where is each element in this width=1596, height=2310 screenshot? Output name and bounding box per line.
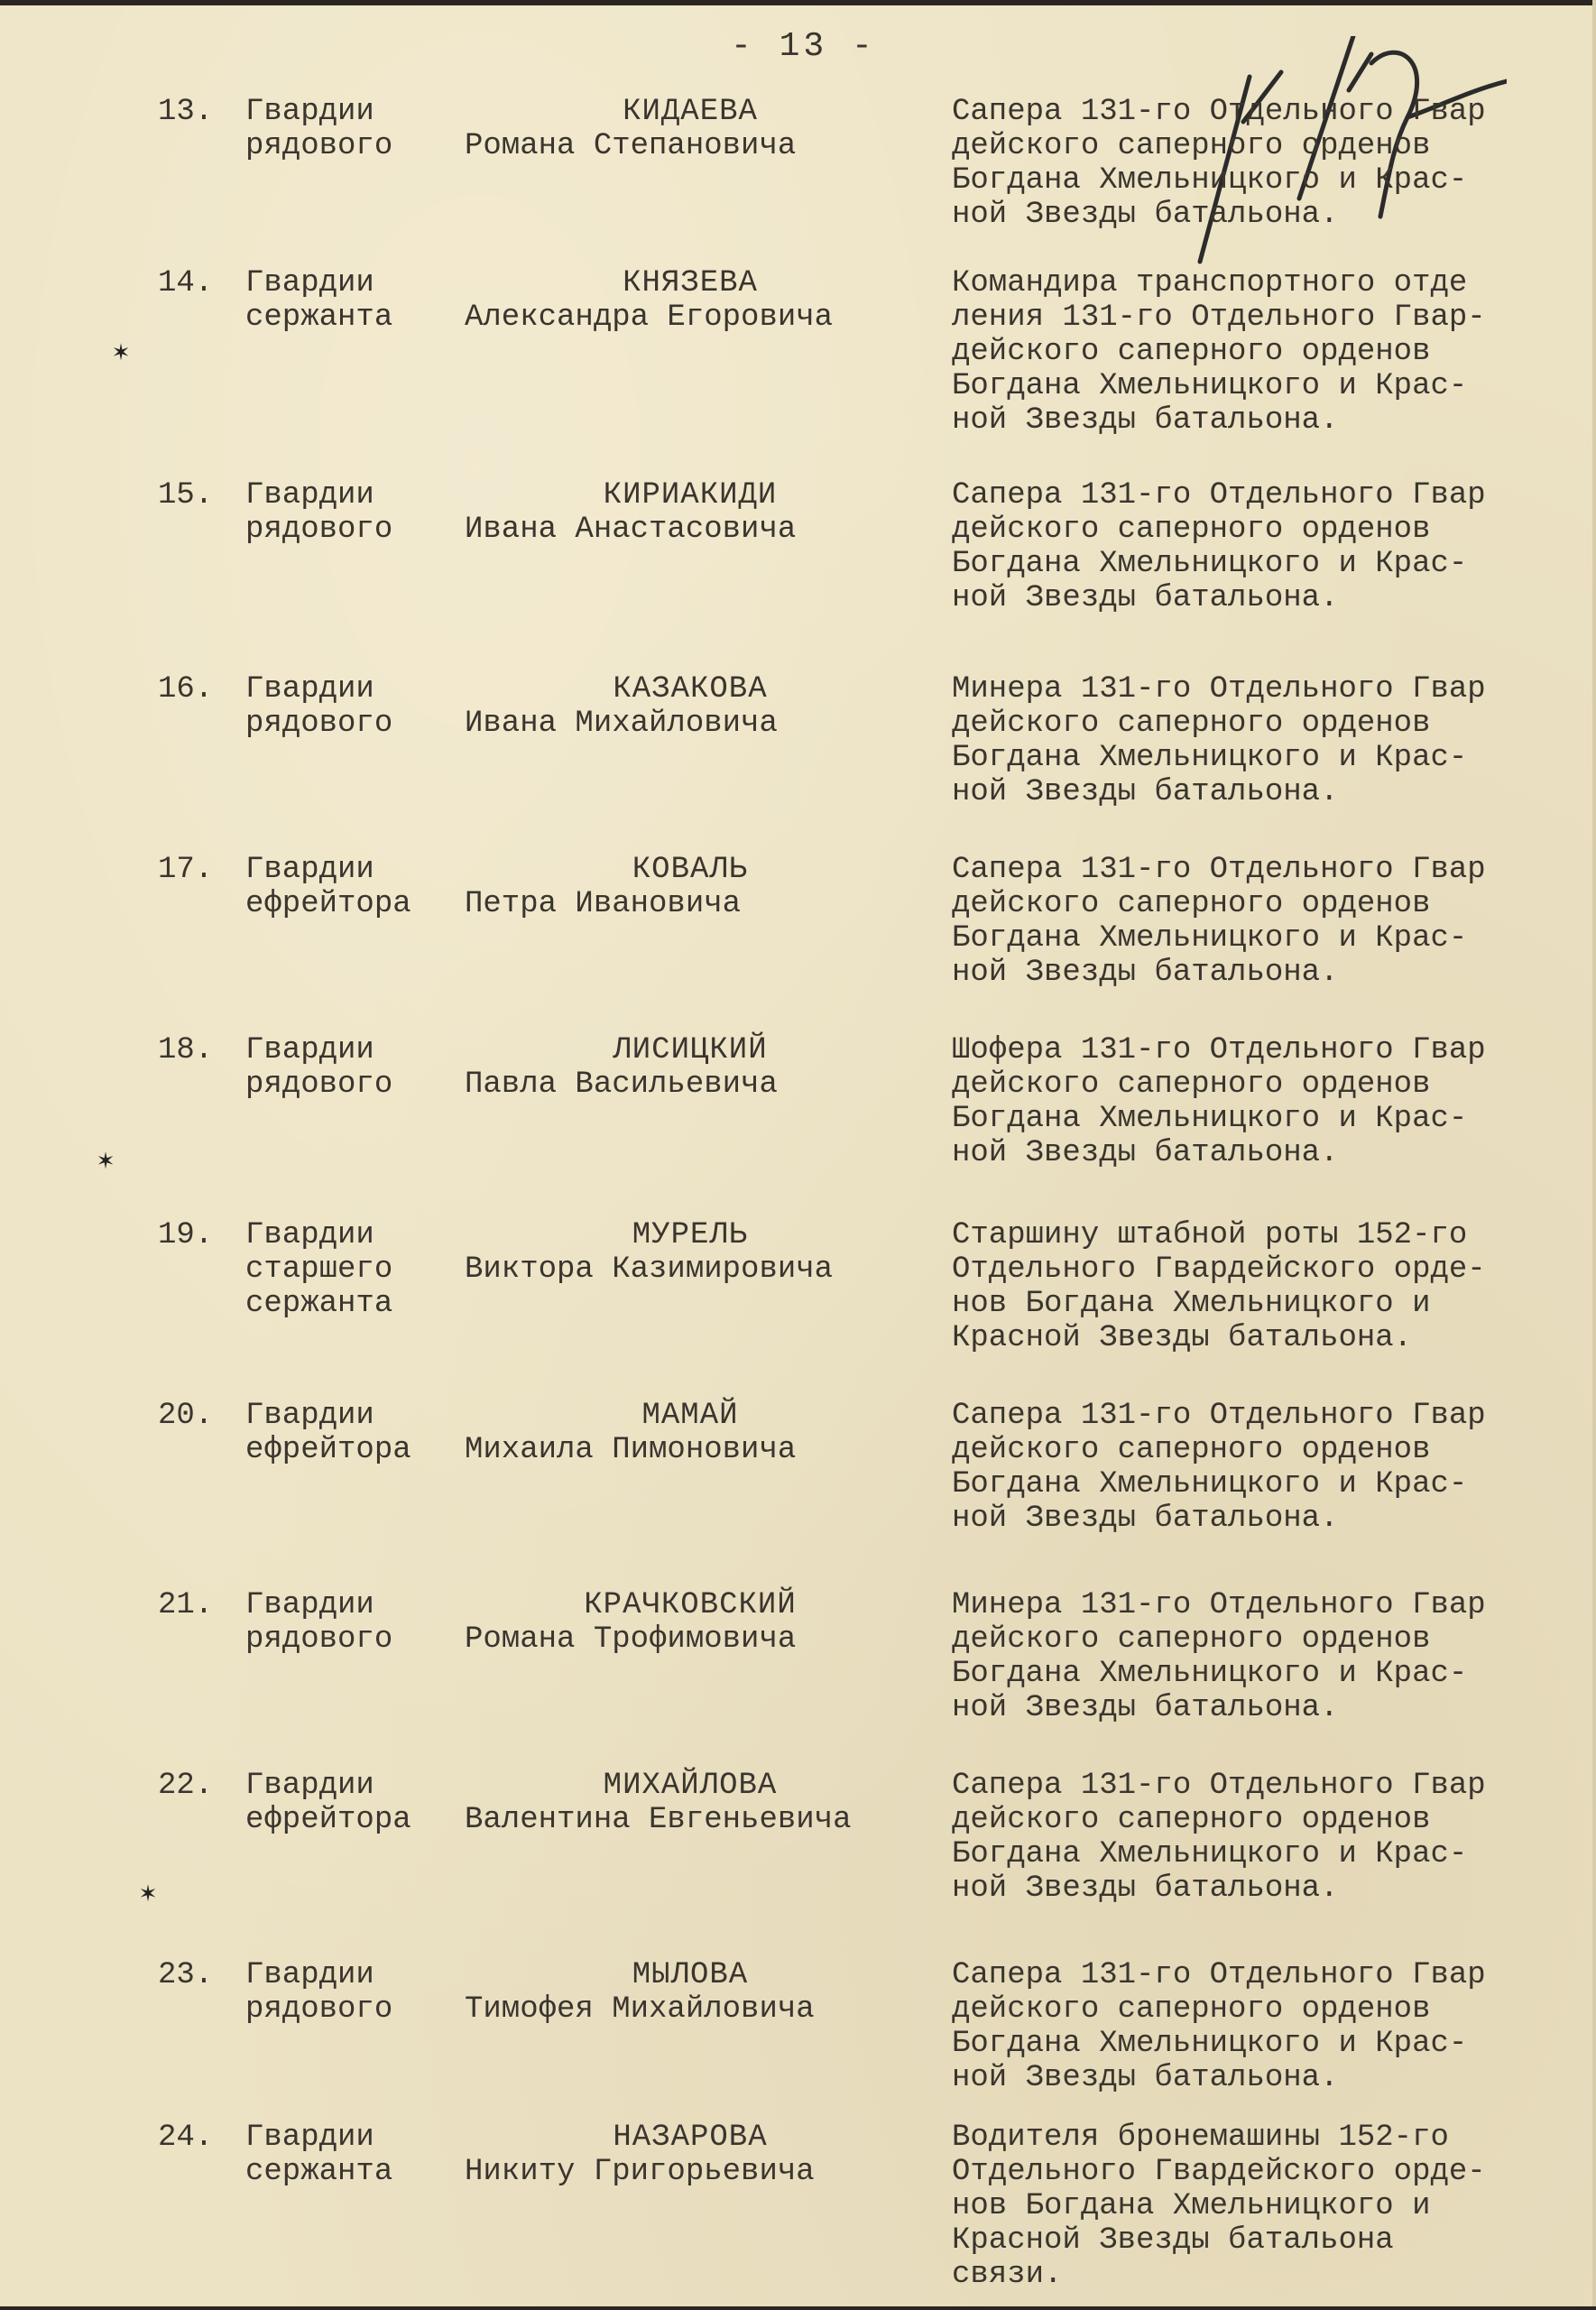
punch-hole-mark: ✶ <box>97 1144 114 1178</box>
position-line: дейского саперного орденов <box>952 335 1596 369</box>
entry-position: Командира транспортного отделения 131-го… <box>952 266 1596 438</box>
entry-surname: КИДАЕВА <box>456 95 925 129</box>
position-line: нов Богдана Хмельницкого и <box>952 2189 1596 2223</box>
position-line: Сапера 131-го Отдельного Гвар <box>952 1399 1596 1433</box>
position-line: Шофера 131-го Отдельного Гвар <box>952 1033 1596 1067</box>
entry-rank: Гвардиирядового <box>245 478 453 547</box>
position-line: Сапера 131-го Отдельного Гвар <box>952 478 1596 513</box>
entry-number: 23. <box>158 1958 239 1992</box>
position-line: ной Звезды батальона. <box>952 1501 1596 1536</box>
entry-surname: КОВАЛЬ <box>456 853 925 887</box>
entry-surname: КИРИАКИДИ <box>456 478 925 513</box>
entry-position: Водителя бронемашины 152-гоОтдельного Гв… <box>952 2121 1596 2292</box>
entry-number: 15. <box>158 478 239 513</box>
entry-given-name: Никиту Григорьевича <box>465 2155 815 2189</box>
position-line: Богдана Хмельницкого и Крас- <box>952 369 1596 403</box>
position-line: Сапера 131-го Отдельного Гвар <box>952 1769 1596 1803</box>
entry-given-name: Петра Ивановича <box>465 887 741 921</box>
position-line: дейского саперного орденов <box>952 1803 1596 1837</box>
entry-rank: Гвардиистаршегосержанта <box>245 1218 453 1321</box>
entry-given-name: Романа Степановича <box>465 129 796 163</box>
entry-given-name: Михаила Пимоновича <box>465 1433 796 1467</box>
rank-line: Гвардии <box>245 266 453 300</box>
entry-position: Сапера 131-го Отдельного Гвардейского са… <box>952 1958 1596 2095</box>
position-line: ной Звезды батальона. <box>952 775 1596 809</box>
scan-bottom-border <box>0 2306 1596 2310</box>
rank-line: сержанта <box>245 2155 453 2189</box>
position-line: Сапера 131-го Отдельного Гвар <box>952 95 1596 129</box>
rank-line: рядового <box>245 513 453 547</box>
rank-line: рядового <box>245 1992 453 2027</box>
position-line: Богдана Хмельницкого и Крас- <box>952 741 1596 775</box>
entry-surname: МУРЕЛЬ <box>456 1218 925 1252</box>
punch-hole-mark: ✶ <box>140 1877 156 1910</box>
rank-line: Гвардии <box>245 853 453 887</box>
rank-line: Гвардии <box>245 672 453 707</box>
page-number: - 13 - <box>731 27 876 66</box>
entry-surname: КРАЧКОВСКИЙ <box>456 1588 925 1622</box>
rank-line: сержанта <box>245 1287 453 1321</box>
entry-number: 24. <box>158 2121 239 2155</box>
rank-line: Гвардии <box>245 1958 453 1992</box>
entry-surname: МИХАЙЛОВА <box>456 1769 925 1803</box>
entry-given-name: Павла Васильевича <box>465 1067 778 1102</box>
rank-line: ефрейтора <box>245 887 453 921</box>
position-line: Сапера 131-го Отдельного Гвар <box>952 853 1596 887</box>
entry-rank: Гвардиисержанта <box>245 266 453 335</box>
entry-number: 20. <box>158 1399 239 1433</box>
rank-line: Гвардии <box>245 1033 453 1067</box>
position-line: дейского саперного орденов <box>952 513 1596 547</box>
position-line: Богдана Хмельницкого и Крас- <box>952 1102 1596 1136</box>
rank-line: Гвардии <box>245 478 453 513</box>
rank-line: старшего <box>245 1252 453 1287</box>
position-line: ной Звезды батальона. <box>952 1871 1596 1906</box>
position-line: дейского саперного орденов <box>952 1067 1596 1102</box>
position-line: Командира транспортного отде <box>952 266 1596 300</box>
entry-rank: Гвардиисержанта <box>245 2121 453 2189</box>
rank-line: Гвардии <box>245 2121 453 2155</box>
position-line: Богдана Хмельницкого и Крас- <box>952 1837 1596 1871</box>
entry-given-name: Виктора Казимировича <box>465 1252 833 1287</box>
entry-rank: Гвардиирядового <box>245 95 453 163</box>
position-line: Богдана Хмельницкого и Крас- <box>952 921 1596 956</box>
position-line: Красной Звезды батальона. <box>952 1321 1596 1355</box>
position-line: дейского саперного орденов <box>952 1433 1596 1467</box>
position-line: Богдана Хмельницкого и Крас- <box>952 163 1596 198</box>
rank-line: ефрейтора <box>245 1433 453 1467</box>
rank-line: Гвардии <box>245 95 453 129</box>
position-line: ной Звезды батальона. <box>952 198 1596 232</box>
entry-given-name: Валентина Евгеньевича <box>465 1803 851 1837</box>
entry-surname: МЫЛОВА <box>456 1958 925 1992</box>
entry-number: 13. <box>158 95 239 129</box>
entry-surname: МАМАЙ <box>456 1399 925 1433</box>
position-line: дейского саперного орденов <box>952 887 1596 921</box>
position-line: Красной Звезды батальона <box>952 2223 1596 2258</box>
position-line: Сапера 131-го Отдельного Гвар <box>952 1958 1596 1992</box>
position-line: ной Звезды батальона. <box>952 956 1596 990</box>
position-line: ления 131-го Отдельного Гвар- <box>952 300 1596 335</box>
rank-line: Гвардии <box>245 1399 453 1433</box>
entry-number: 16. <box>158 672 239 707</box>
position-line: Водителя бронемашины 152-го <box>952 2121 1596 2155</box>
position-line: нов Богдана Хмельницкого и <box>952 1287 1596 1321</box>
entry-position: Сапера 131-го Отдельного Гвардейского са… <box>952 95 1596 232</box>
position-line: ной Звезды батальона. <box>952 403 1596 438</box>
rank-line: сержанта <box>245 300 453 335</box>
rank-line: рядового <box>245 129 453 163</box>
position-line: Богдана Хмельницкого и Крас- <box>952 1657 1596 1691</box>
entry-number: 19. <box>158 1218 239 1252</box>
position-line: ной Звезды батальона. <box>952 1691 1596 1725</box>
entry-given-name: Ивана Михайловича <box>465 707 778 741</box>
entry-given-name: Александра Егоровича <box>465 300 833 335</box>
entry-number: 18. <box>158 1033 239 1067</box>
entry-rank: Гвардиирядового <box>245 672 453 741</box>
entry-number: 14. <box>158 266 239 300</box>
position-line: ной Звезды батальона. <box>952 1136 1596 1170</box>
entry-rank: Гвардииефрейтора <box>245 853 453 921</box>
entry-position: Минера 131-го Отдельного Гвардейского са… <box>952 1588 1596 1725</box>
position-line: Минера 131-го Отдельного Гвар <box>952 672 1596 707</box>
entry-given-name: Тимофея Михайловича <box>465 1992 815 2027</box>
rank-line: рядового <box>245 1067 453 1102</box>
entry-position: Старшину штабной роты 152-гоОтдельного Г… <box>952 1218 1596 1355</box>
entry-position: Сапера 131-го Отдельного Гвардейского са… <box>952 853 1596 990</box>
entry-position: Минера 131-го Отдельного Гвардейского са… <box>952 672 1596 809</box>
entry-position: Шофера 131-го Отдельного Гвардейского са… <box>952 1033 1596 1170</box>
entry-given-name: Ивана Анастасовича <box>465 513 796 547</box>
entry-rank: Гвардиирядового <box>245 1033 453 1102</box>
position-line: дейского саперного орденов <box>952 1622 1596 1657</box>
entry-surname: ЛИСИЦКИЙ <box>456 1033 925 1067</box>
position-line: Отдельного Гвардейского орде- <box>952 1252 1596 1287</box>
position-line: Богдана Хмельницкого и Крас- <box>952 547 1596 581</box>
rank-line: рядового <box>245 707 453 741</box>
entry-number: 21. <box>158 1588 239 1622</box>
entry-surname: КАЗАКОВА <box>456 672 925 707</box>
position-line: Минера 131-го Отдельного Гвар <box>952 1588 1596 1622</box>
entry-number: 17. <box>158 853 239 887</box>
rank-line: ефрейтора <box>245 1803 453 1837</box>
position-line: Богдана Хмельницкого и Крас- <box>952 1467 1596 1501</box>
rank-line: Гвардии <box>245 1588 453 1622</box>
rank-line: Гвардии <box>245 1769 453 1803</box>
punch-hole-mark: ✶ <box>113 336 129 369</box>
position-line: ной Звезды батальона. <box>952 581 1596 615</box>
position-line: дейского саперного орденов <box>952 707 1596 741</box>
entry-number: 22. <box>158 1769 239 1803</box>
position-line: Отдельного Гвардейского орде- <box>952 2155 1596 2189</box>
entry-position: Сапера 131-го Отдельного Гвардейского са… <box>952 478 1596 615</box>
entry-surname: КНЯЗЕВА <box>456 266 925 300</box>
entry-rank: Гвардиирядового <box>245 1958 453 2027</box>
rank-line: рядового <box>245 1622 453 1657</box>
entry-position: Сапера 131-го Отдельного Гвардейского са… <box>952 1769 1596 1906</box>
entry-given-name: Романа Трофимовича <box>465 1622 796 1657</box>
position-line: дейского саперного орденов <box>952 1992 1596 2027</box>
position-line: Старшину штабной роты 152-го <box>952 1218 1596 1252</box>
position-line: ной Звезды батальона. <box>952 2061 1596 2095</box>
entry-surname: НАЗАРОВА <box>456 2121 925 2155</box>
entry-rank: Гвардииефрейтора <box>245 1769 453 1837</box>
position-line: Богдана Хмельницкого и Крас- <box>952 2027 1596 2061</box>
rank-line: Гвардии <box>245 1218 453 1252</box>
entry-position: Сапера 131-го Отдельного Гвардейского са… <box>952 1399 1596 1536</box>
entry-rank: Гвардииефрейтора <box>245 1399 453 1467</box>
entry-rank: Гвардиирядового <box>245 1588 453 1657</box>
position-line: связи. <box>952 2258 1596 2292</box>
scan-top-border <box>0 0 1596 5</box>
position-line: дейского саперного орденов <box>952 129 1596 163</box>
